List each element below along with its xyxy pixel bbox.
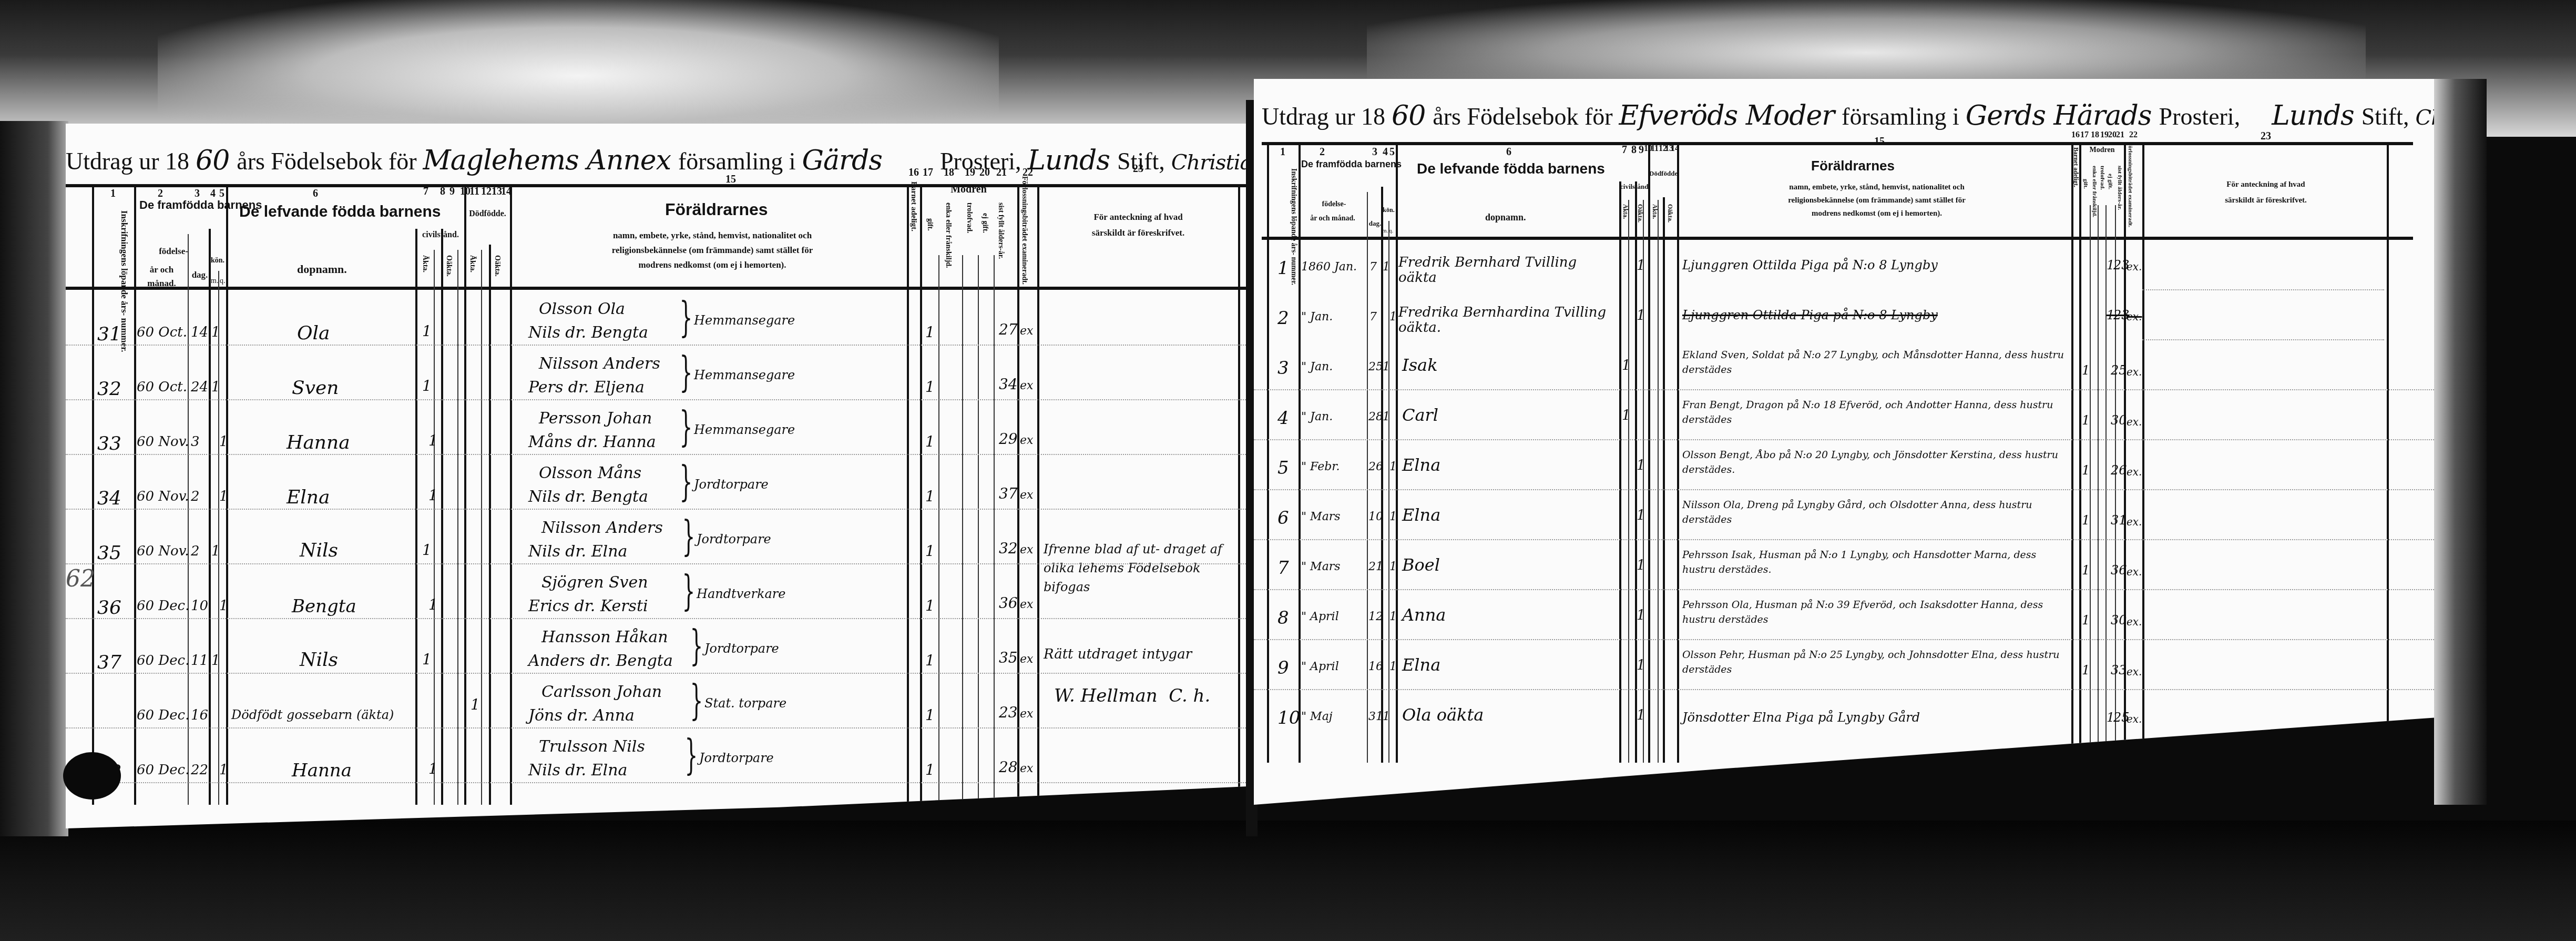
header-oakta: Oäkta. [444,255,452,277]
row-divider [1254,589,2434,590]
entry-number: 9 [1277,657,1289,679]
scan-light-left [158,0,999,126]
parents: Nilsson Ola, Dreng på Lyngby Gård, och O… [1682,498,2071,527]
col-number: 12 [481,186,492,198]
baptism-name: Isak [1402,355,1438,375]
birth-day: 21 [1368,560,1383,573]
occupation: Jordtorpare [697,532,771,547]
header-foraldrarnes-desc: modrens nedkomst (om ej i hemorten). [523,258,902,272]
sex-female: 1 [219,489,228,504]
row-divider [66,454,1254,455]
parents: Pehrsson Ola, Husman på N:o 39 Efveröd, … [1682,598,2071,627]
parents-struck: Ljunggren Ottilda Piga på N:o 8 Lyngby [1682,308,1938,322]
brace: } [679,461,692,502]
mother-age: 36 [2111,563,2127,578]
mother-age: 23 [999,704,1018,721]
civil-legit: 1 [1637,657,1645,673]
table-row: 10 " Maj 31 1 Ola oäkta 1 Jönsdotter Eln… [1254,692,2434,742]
header-m: m. [211,277,218,286]
header-foraldrarnes: Föräldrarnes [665,200,768,219]
sex-male: 1 [1383,410,1390,423]
brace: } [679,407,692,448]
civil-legit: 1 [1637,508,1645,523]
sex-female: 1 [219,434,228,450]
col-number: 5 [1389,146,1395,158]
sex-male: 1 [1383,260,1390,274]
father-name: Persson Johan [539,409,652,428]
row-divider [66,345,1254,346]
row-divider [66,727,1254,728]
col-number: 11 [469,186,479,198]
col-number: 22 [2129,130,2138,140]
mother-age: 29 [999,430,1018,448]
baptism-name: Elna [1402,455,1440,475]
mother-married: 1 [925,652,935,669]
birth-year-month: 60 Dec. [137,762,189,778]
mother-name: Nils dr. Elna [528,761,627,780]
mother-age: 37 [999,485,1018,502]
header-foraldrarnes-desc: namn, embete, yrke, stånd, hemvist, nati… [1685,181,2069,194]
mother-married: 1 [2082,363,2090,378]
header-gift: gift. [925,218,933,231]
col-number: 13 [492,186,502,198]
brace: } [682,516,695,557]
title-print: församling i [678,147,796,175]
midwife-exam: ex. [2127,515,2142,528]
title-print: års Födelsebok för [237,147,416,175]
col-number: 9 [449,186,455,198]
midwife-exam: ex. [2127,615,2142,628]
baptism-name: Bengta [292,596,356,617]
sex-male: 1 [1383,710,1390,723]
baptism-name: Ola [297,322,330,344]
brace: } [690,625,703,666]
entry-number: 32 [97,378,121,400]
mother-age: 30 [2111,413,2127,428]
row-divider [1254,539,2434,540]
col-number: 8 [1631,144,1637,156]
row-divider [66,618,1254,619]
occupation: Hemmansegare [694,422,795,437]
header-trolofvad: trolofvad. [965,203,973,233]
entry-number: 34 [97,488,121,509]
col-number: 9 [1639,144,1644,156]
parents: Fran Bengt, Dragon på N:o 18 Efveröd, oc… [1682,398,2071,427]
col-number: 15 [1874,136,1885,148]
header-lefvande: De lefvande födda barnens [239,201,441,223]
header-foraldrarnes-desc: namn, embete, yrke, stånd, hemvist, nati… [523,229,902,242]
header-alder: sist fyllt ålders-år. [996,203,1004,281]
title-diocese: Lunds [1028,145,1110,176]
mother-age: 25 [2111,363,2127,378]
mother-married: 1 [925,378,935,396]
occupation: Jordtorpare [704,641,779,656]
col-number: 18 [2091,130,2099,140]
civil-legit: 1 [1637,558,1645,573]
table-row: 6 " Mars 10 1 Elna 1 Nilsson Ola, Dreng … [1254,492,2434,542]
sex-male: 1 [1383,360,1390,373]
header-top-rule [66,184,1246,187]
sex-male: 1 [211,543,220,559]
entry-number: 4 [1277,408,1289,429]
col-number: 20 [979,167,990,179]
birth-year-month: " Febr. [1301,460,1340,473]
header-barnet-adeligt: Barnet adeligt. [909,181,917,231]
entry-number: 2 [1277,308,1289,329]
birth-year-month: " Jan. [1301,410,1333,423]
mother-married: 1 [2082,613,2090,628]
baptism-name: Nils [300,540,338,561]
birth-day: 25 [1368,360,1383,373]
col-number: 1 [1280,146,1285,158]
midwife-exam: ex. [2127,565,2142,578]
mother-age: 34 [999,376,1018,393]
header-m: m. [1382,228,1388,234]
header-dodfodde: Dödfödde. [465,208,510,220]
sex-female: 1 [1389,660,1397,673]
header-q: q. [1389,228,1393,234]
header-ej-gift: ej gift. [2107,174,2113,189]
father-name: Nilsson Anders [539,355,660,373]
table-row: 3 " Jan. 25 1 Isak 1 Ekland Sven, Soldat… [1254,342,2434,392]
title-parish: Maglehems Annex [423,145,671,176]
header-inskrifning: Inskrifningens löpande års- nummer. [1271,168,1297,234]
baptism-name: Fredrik Bernhard Tvilling oäkta [1398,255,1619,285]
birth-day: 31 [1368,710,1383,723]
civil-legit: 1 [428,487,438,504]
entry-number: 31 [97,323,121,345]
birth-day: 16 [191,707,208,723]
title-print: Prosteri, [2159,103,2241,130]
civil-legit: 1 [422,322,432,340]
baptism-name: Elna [1402,505,1440,525]
parents: Ljunggren Ottilda Piga på N:o 8 Lyngby [1682,258,1938,272]
page-title: Utdrag ur 18 60 års Födelsebok för Magle… [66,145,1254,181]
birth-year-month: 60 Oct. [137,379,187,395]
mother-age: 32 [999,540,1018,557]
header-civilstand: civilstånd. [1620,181,1649,192]
col-number: 16 [908,167,919,179]
midwife-exam: ex. [2127,713,2142,725]
sex-female: 1 [1389,560,1397,573]
header-dopnamn: dopnamn. [297,260,347,278]
entry-number: 7 [1277,558,1289,579]
sex-female: 1 [1389,310,1397,323]
ink-blot [63,752,121,800]
table-row: 7 " Mars 21 1 Boel 1 Pehrsson Isak, Husm… [1254,542,2434,592]
table-row: 60 Dec. 16 Dödfödt gossebarn (äkta) 1 Ca… [66,675,1254,730]
header-foraldrarnes-desc: modrens nedkomst (om ej i hemorten). [1685,208,2069,220]
mother-married: 1 [925,488,935,505]
header-anteckning: För anteckning af hvad [1044,210,1233,224]
midwife-exam: ex [1020,543,1033,556]
birth-year-month: 1860 Jan. [1301,260,1357,274]
birth-year-month: " Mars [1301,510,1341,523]
sex-male: 1 [211,325,220,340]
mother-name: Erics dr. Kersti [528,597,648,615]
birth-day: 12 [1368,610,1383,623]
baptism-name: Anna [1402,605,1446,625]
title-county: Christianstads [2415,106,2434,130]
mother-name: Jöns dr. Anna [528,706,635,725]
row-divider [1254,389,2434,390]
header-fodelse: födelse- [139,245,208,258]
row-divider [2142,739,2384,740]
row-divider [1254,489,2434,490]
col-number: 1 [110,188,116,200]
birth-year-month: " Mars [1301,560,1341,573]
birth-year-month: 60 Dec. [137,598,189,614]
baptism-name: Fredrika Bernhardina Tvilling oäkta. [1398,305,1619,335]
birth-day: 2 [191,543,200,559]
civil-illegit: 1 [1637,308,1645,323]
civil-legit: 1 [428,432,438,449]
civil-legit: 1 [422,651,432,668]
title-diocese: Lunds [2272,100,2354,131]
civil-legit: 1 [1637,608,1645,623]
entry-number: 36 [97,597,121,619]
birth-year-month: " Maj [1301,710,1333,723]
midwife-exam: ex. [2127,260,2142,273]
parents: Olsson Bengt, Åbo på N:o 20 Lyngby, och … [1682,448,2071,477]
table-row: 9 " April 16 1 Elna 1 Olsson Pehr, Husma… [1254,642,2434,692]
row-divider [1254,639,2434,640]
birth-year-month: " April [1301,660,1339,673]
header-q: q. [220,277,226,286]
col-number: 21 [2116,130,2124,140]
header-ar-och-manad: år och månad. [137,263,187,290]
table-row: 5 " Febr. 26 1 Elna 1 Olsson Bengt, Åbo … [1254,442,2434,492]
table-row: 2 " Jan. 7 1 Fredrika Bernhardina Tvilli… [1254,292,2434,342]
col-number: 16 [2071,130,2080,140]
header-dopnamn: dopnamn. [1485,210,1526,225]
birth-year-month: " Jan. [1301,360,1333,373]
father-name: Olsson Ola [539,300,625,318]
row-divider [1254,689,2434,690]
header-enka: enka eller frånskiljd. [944,203,952,281]
brace: } [690,680,703,721]
header-akta: Äkta. [1622,204,1629,219]
sex-female: 1 [219,598,228,614]
father-name: Trulsson Nils [539,737,645,756]
title-print: Utdrag ur 18 [66,147,189,175]
midwife-exam: ex [1020,598,1033,611]
father-name: Carlsson Johan [541,683,662,701]
table-row: 4 " Jan. 28 1 Carl 1 Fran Bengt, Dragon … [1254,392,2434,442]
header-kon: kön. [209,255,226,266]
father-name: Hansson Håkan [541,628,668,646]
header-oakta: Oäkta. [1637,204,1643,222]
midwife-exam: ex [1020,379,1033,392]
entry-number: 8 [1277,608,1289,629]
midwife-exam: ex. [2127,366,2142,378]
birth-day: 22 [191,762,208,778]
header-akta: Äkta. [421,255,428,272]
sex-female: 1 [1389,460,1397,473]
title-print: Stift, [2362,103,2409,130]
mother-married: 1 [925,597,935,614]
mother-age: 36 [999,594,1018,612]
scan-background-bottom [0,821,2576,941]
brace: } [684,735,698,776]
mother-name: Pers dr. Eljena [528,378,645,397]
midwife-exam: ex. [2127,665,2142,678]
midwife-exam: ex. [2127,416,2142,428]
birth-year-month: 60 Dec. [137,707,189,723]
table-row: 33 60 Nov. 3 1 Hanna 1 Persson Johan Mån… [66,401,1254,456]
col-number: 6 [313,188,318,200]
table-row: 35 60 Nov. 2 1 Nils 1 Nilsson Anders Nil… [66,511,1254,565]
row-divider [66,782,1254,783]
header-ej-gift: ej gift. [980,213,988,233]
birth-year-month: " April [1301,610,1339,623]
col-number: 6 [1506,146,1511,158]
col-number: 23 [1133,163,1143,175]
col-number: 19 [2100,130,2109,140]
occupation: Stat. torpare [704,696,786,711]
mother-age: 28 [999,758,1018,776]
header-foraldrarnes: Föräldrarnes [1811,158,1895,174]
header-oakta: Oäkta. [1667,204,1673,222]
title-year: 60 [1392,100,1425,131]
birth-day: 7 [1369,260,1377,274]
mother-married: 1 [2082,463,2090,478]
mother-age: 27 [999,321,1018,338]
midwife-exam: ex [1020,325,1033,338]
civil-illegit: 1 [1637,707,1645,723]
title-year: 60 [196,145,229,176]
brace: } [679,352,692,393]
col-number: 3 [1372,146,1377,158]
header-lefvande: De lefvande födda barnens [1417,159,1605,179]
header-trolofvad: trolofvad. [2099,166,2105,190]
row-divider [2142,339,2384,340]
occupation: Hemmansegare [694,368,795,382]
header-fodelse: födelse- [1301,199,1367,210]
birth-day: 26 [1368,460,1383,473]
birth-day: 11 [191,653,208,669]
header-akta: Äkta. [468,255,476,272]
baptism-name: Dödfödt gossebarn (äkta) [231,707,394,722]
col-number: 8 [440,186,445,198]
certification-remark: Rätt utdraget intygar [1044,646,1192,662]
occupation: Jordtorpare [694,477,769,492]
book-edge-left [0,121,68,836]
sex-female: 1 [1389,510,1397,523]
col-number: 15 [725,174,736,186]
civil-legit: 1 [428,596,438,613]
mother-married: 1 [925,433,935,450]
col-number: 7 [423,186,428,198]
midwife-exam: ex. [2127,466,2142,478]
sex-male: 1 [211,379,220,395]
baptism-name: Hanna [292,760,352,781]
birth-day: 3 [191,434,200,450]
header-bottom-rule [66,287,1246,290]
baptism-name: Hanna [287,432,350,453]
baptism-name: Carl [1402,405,1438,425]
civil-illegit: 1 [1637,258,1645,274]
birth-day: 24 [191,379,208,395]
signature: W. Hellman C. h. [1054,685,1210,706]
table-row: 31 60 Oct. 14 1 Ola 1 Olsson Ola Nils dr… [66,292,1254,347]
birth-day: 16 [1368,660,1383,673]
header-forlossning: Förlossningsbiträdet examineradt. [2127,142,2133,237]
header-top-rule [1262,142,2413,145]
midwife-exam: ex. [2127,310,2142,323]
occupation: Hemmansegare [694,313,795,328]
civil-legit: 1 [422,377,432,394]
baptism-name: Boel [1402,555,1440,575]
title-deanery: Gärds [802,145,882,176]
mother-married: 1 [2082,413,2090,428]
header-modren: Modren [923,181,1015,197]
table-row: 36 60 Dec. 10 1 Bengta 1 Sjögren Sven Er… [66,565,1254,620]
mother-age: 35 [999,649,1018,666]
mother-name: Nils dr. Bengta [528,488,648,506]
occupation: Handtverkare [697,586,785,601]
mother-name: Anders dr. Bengta [528,652,673,670]
parents: Pehrsson Isak, Husman på N:o 1 Lyngby, o… [1682,548,2071,577]
row-divider [66,673,1254,674]
col-number: 14 [1671,144,1679,154]
table-row: 8 " April 12 1 Anna 1 Pehrsson Ola, Husm… [1254,592,2434,642]
mother-married: 1 [2082,563,2090,578]
header-inskrifning: Inskrifningens löpande års- nummer. [97,210,129,284]
brace: } [679,297,692,338]
col-number: 17 [2080,130,2089,140]
baptism-name: Sven [292,377,339,399]
mother-age: 33 [2111,663,2127,677]
birth-year-month: " Jan. [1301,310,1333,323]
birth-year-month: 60 Nov. [137,489,189,504]
header-enka: enka eller frånskiljd. [2091,166,2097,234]
header-foraldrarnes-desc: religionsbekännelse (om främmande) samt … [523,244,902,257]
midwife-exam: ex [1020,762,1033,775]
left-page: Utdrag ur 18 60 års Födelsebok för Magle… [66,124,1254,828]
header-anteckning: särskildt är föreskrifvet. [1044,226,1233,240]
mother-age: 26 [2111,463,2127,478]
title-print: församling i [1842,103,1959,130]
birth-day: 7 [1369,310,1377,323]
entry-number: 37 [97,652,121,673]
parents: Olsson Pehr, Husman på N:o 25 Lyngby, oc… [1682,648,2071,677]
civil-legit: 1 [1622,408,1631,423]
mother-name: Måns dr. Hanna [528,433,656,451]
midwife-exam: ex [1020,707,1033,721]
entry-number: 3 [1277,358,1289,379]
baptism-name: Elna [1402,655,1440,675]
header-akta: Äkta. [1651,204,1658,219]
title-print: Utdrag ur 18 [1262,103,1385,130]
header-gift: gift. [2082,179,2088,189]
header-barnet-adeligt: Barnet adeligt. [2072,147,2079,187]
entry-number: 1 [1277,258,1289,279]
col-number: 18 [944,167,954,179]
entry-number: 5 [1277,458,1289,479]
stillborn-legit: 1 [471,696,480,713]
mother-name: Nils dr. Elna [528,542,627,561]
mother-married: 1 [2082,663,2090,677]
col-number: 10 [460,186,471,198]
row-divider [2142,289,2384,290]
right-page: Utdrag ur 18 60 års Födelsebok för Efver… [1254,79,2434,805]
title-deanery: Gerds Härads [1966,100,2152,131]
col-number: 2 [1320,146,1325,158]
entry-number: 6 [1277,508,1289,529]
mother-name: Nils dr. Bengta [528,323,648,342]
header-ar-och-manad: år och månad. [1301,213,1364,224]
